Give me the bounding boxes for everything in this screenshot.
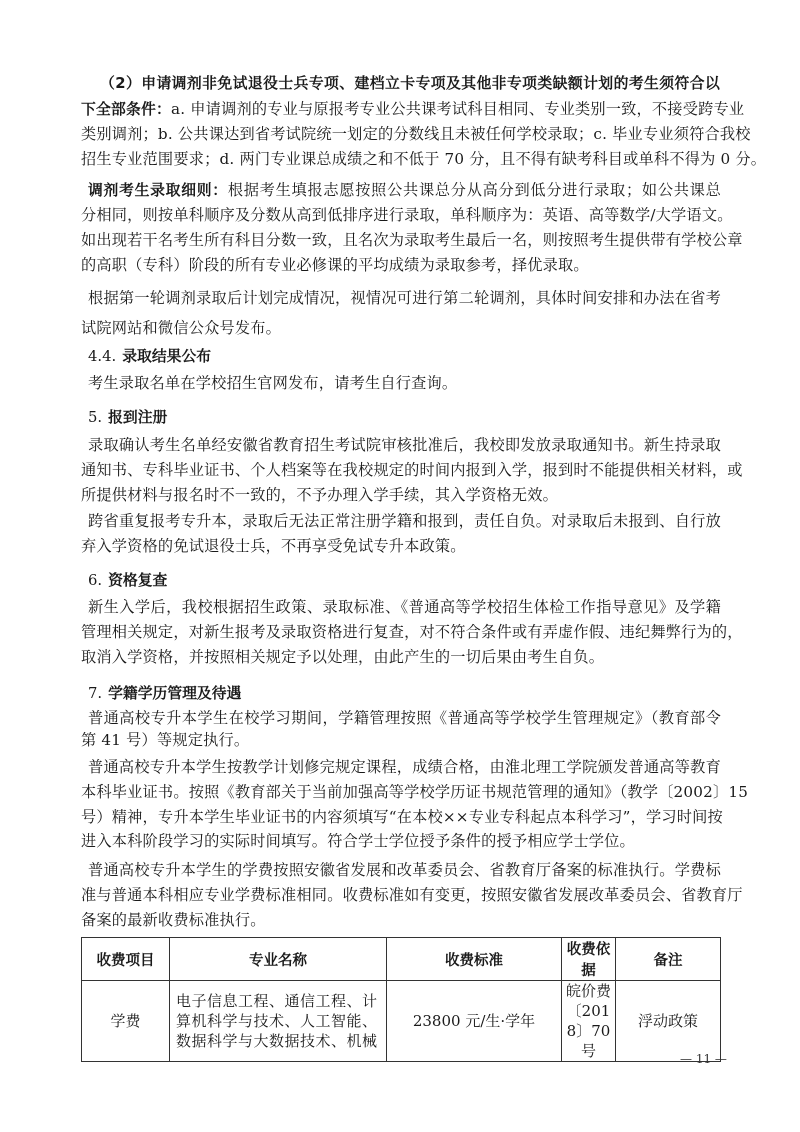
admission-rules-line-4: 的高职（专科）阶段的所有专业必修课的平均成绩为录取参考，择优录取。: [81, 255, 721, 275]
section-title: 学籍学历管理及待遇: [108, 685, 241, 702]
section-title: 录取结果公布: [122, 348, 211, 365]
header-major-name: 专业名称: [170, 938, 387, 981]
section-number: 5.: [88, 409, 102, 426]
section-heading-4-4: 4.4.录取结果公布: [88, 347, 211, 367]
section-title: 资格复查: [108, 572, 167, 589]
header-fee-item: 收费项目: [82, 938, 170, 981]
section-5-line-5: 弃入学资格的免试退役士兵，不再享受免试专升本政策。: [81, 536, 721, 556]
section-title: 报到注册: [108, 409, 167, 426]
admission-rules-text: 根据考生填报志愿按照公共课总分从高分到低分进行录取；如公共课总: [228, 181, 721, 199]
section-6-line-2: 管理相关规定，对新生报考及录取资格进行复查，对不符合条件或有弄虚作假、违纪舞弊行…: [81, 622, 721, 642]
conditions-label: 下全部条件：: [81, 101, 171, 118]
section-number: 4.4.: [88, 348, 116, 365]
section-heading-6: 6.资格复查: [88, 571, 167, 591]
paragraph-2-lead: （2）申请调剂非免试退役士兵专项、建档立卡专项及其他非专项类缺额计划的考生须符合…: [100, 74, 720, 94]
cell-fee-standard: 23800 元/生·学年: [387, 981, 562, 1062]
admission-rules-label: 调剂考生录取细则：: [88, 182, 228, 199]
header-note: 备注: [616, 938, 721, 981]
section-7-line-3: 普通高校专升本学生按教学计划修完规定课程，成绩合格，由淮北理工学院颁发普通高等教…: [88, 757, 721, 777]
section-7-line-8: 准与普通本科相应专业学费标准相同。收费标准如有变更，按照安徽省发展改革委员会、省…: [81, 885, 721, 905]
second-round-line-2: 试院网站和微信公众号发布。: [81, 318, 721, 338]
paragraph-2-line-2: 下全部条件：a. 申请调剂的专业与原报考专业公共课考试科目相同、专业类别一致，不…: [81, 99, 721, 120]
fee-table: 收费项目 专业名称 收费标准 收费依据 备注 学费 电子信息工程、通信工程、计算…: [81, 937, 721, 1062]
second-round-line-1: 根据第一轮调剂录取后计划完成情况，视情况可进行第二轮调剂，具体时间安排和办法在省…: [88, 288, 721, 308]
section-heading-5: 5.报到注册: [88, 408, 167, 428]
section-7-line-9: 备案的最新收费标准执行。: [81, 910, 721, 930]
section-6-line-3: 取消入学资格，并按照相关规定予以处理，由此产生的一切后果由考生自负。: [81, 647, 721, 667]
section-heading-7: 7.学籍学历管理及待遇: [88, 684, 241, 704]
section-5-line-1: 录取确认考生名单经安徽省教育招生考试院审核批准后，我校即发放录取通知书。新生持录…: [88, 435, 721, 455]
cell-majors: 电子信息工程、通信工程、计算机科学与技术、人工智能、数据科学与大数据技术、机械: [170, 981, 387, 1062]
admission-rules-line-3: 如出现若干名考生所有科目分数一致，且名次为录取考生最后一名，则按照考生提供带有学…: [81, 230, 721, 250]
header-fee-standard: 收费标准: [387, 938, 562, 981]
section-number: 6.: [88, 572, 102, 589]
section-6-line-1: 新生入学后，我校根据招生政策、录取标准、《普通高等学校招生体检工作指导意见》及学…: [88, 597, 721, 617]
section-number: 7.: [88, 685, 102, 702]
page-number: — 11 —: [680, 1052, 727, 1066]
section-7-line-1: 普通高校专升本学生在校学习期间，学籍管理按照《普通高等学校学生管理规定》（教育部…: [88, 708, 721, 728]
cell-fee-item: 学费: [82, 981, 170, 1062]
section-7-line-5: 号）精神，专升本学生毕业证书的内容须填写“在本校××专业专科起点本科学习”，学习…: [81, 807, 721, 827]
paragraph-2-line-3: 类别调剂；b. 公共课达到省考试院统一划定的分数线且未被任何学校录取；c. 毕业…: [81, 124, 721, 144]
section-4-4-line-1: 考生录取名单在学校招生官网发布，请考生自行查询。: [88, 373, 721, 393]
header-fee-basis: 收费依据: [562, 938, 616, 981]
fee-table-header-row: 收费项目 专业名称 收费标准 收费依据 备注: [82, 938, 721, 981]
admission-rules-line-1: 调剂考生录取细则：根据考生填报志愿按照公共课总分从高分到低分进行录取；如公共课总: [88, 180, 721, 201]
section-5-line-3: 所提供材料与报名时不一致的，不予办理入学手续，其入学资格无效。: [81, 485, 721, 505]
admission-rules-line-2: 分相同，则按单科顺序及分数从高到低排序进行录取，单科顺序为：英语、高等数学/大学…: [81, 205, 721, 225]
section-5-line-2: 通知书、专科毕业证书、个人档案等在我校规定的时间内报到入学，报到时不能提供相关材…: [81, 460, 721, 480]
section-7-line-4: 本科毕业证书。按照《教育部关于当前加强高等学校学历证书规范管理的通知》（教学〔2…: [81, 782, 721, 802]
document-page: （2）申请调剂非免试退役士兵专项、建档立卡专项及其他非专项类缺额计划的考生须符合…: [0, 0, 800, 1132]
section-7-line-7: 普通高校专升本学生的学费按照安徽省发展和改革委员会、省教育厅备案的标准执行。学费…: [88, 860, 721, 880]
section-7-line-6: 进入本科阶段学习的实际时间填写。符合学士学位授予条件的授予相应学士学位。: [81, 831, 721, 851]
cell-fee-basis: 皖价费〔2018〕70号: [562, 981, 616, 1062]
cell-note: 浮动政策: [616, 981, 721, 1062]
section-5-line-4: 跨省重复报考专升本，录取后无法正常注册学籍和报到，责任自负。对录取后未报到、自行…: [88, 511, 721, 531]
table-row: 学费 电子信息工程、通信工程、计算机科学与技术、人工智能、数据科学与大数据技术、…: [82, 981, 721, 1062]
section-7-line-2: 第 41 号）等规定执行。: [81, 730, 721, 750]
conditions-text: a. 申请调剂的专业与原报考专业公共课考试科目相同、专业类别一致，不接受跨专业: [171, 100, 744, 118]
paragraph-2-line-4: 招生专业范围要求；d. 两门专业课总成绩之和不低于 70 分，且不得有缺考科目或…: [81, 149, 721, 169]
